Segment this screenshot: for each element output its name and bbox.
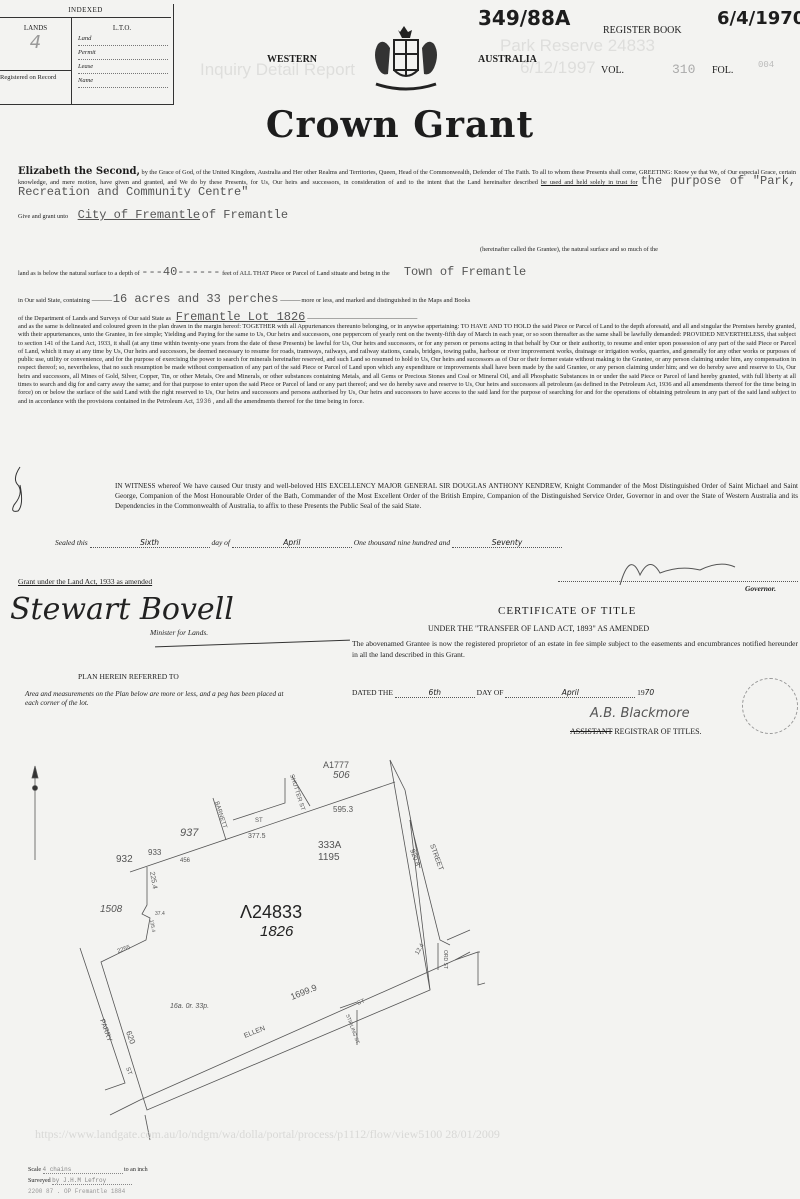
depth-suffix: feet of ALL THAT Piece or Parcel of Land… <box>222 270 390 277</box>
department-line: of the Department of Lands and Surveys o… <box>18 310 417 324</box>
plan-label-barnett-st: ST <box>255 818 263 824</box>
coat-of-arms-icon <box>368 24 444 96</box>
fol-value: 004 <box>758 60 774 70</box>
dated-line: DATED THE 6th DAY OF April 1970 <box>352 688 654 698</box>
registrar-struck: ASSISTANT <box>570 727 612 736</box>
containing-line: in Our said State, containing ----------… <box>18 292 470 306</box>
indexed-box: INDEXED LANDS 4 Registered on Record L.T… <box>0 4 174 105</box>
certificate-title: CERTIFICATE OF TITLE <box>498 605 636 617</box>
minister-signature: Stewart Bovell <box>10 592 234 627</box>
plan-label-ord: ORD ST <box>442 950 448 969</box>
plan-label-595: 595.3 <box>333 805 354 814</box>
minister-underline <box>155 640 350 648</box>
registrar-line: ASSISTANT REGISTRAR OF TITLES. <box>570 727 702 736</box>
grant-body-end: , and all the amendments thereof for the… <box>213 398 364 405</box>
plan-label-1508: 1508 <box>100 904 123 915</box>
lands-initials: 4 <box>0 32 71 53</box>
lto-row-permit: Permit <box>78 46 168 60</box>
plan-label-stirling: STIRLING ST <box>344 1014 360 1045</box>
sealed-month: April <box>232 538 352 548</box>
depth-line: land as is below the natural surface to … <box>18 265 526 279</box>
plan-label-333a: 333A <box>318 840 342 851</box>
plan-label-135: 135.4 <box>148 919 156 933</box>
plan-label-1699: 1699.9 <box>289 982 318 1002</box>
plan-label-a1777: A1777 <box>323 760 349 770</box>
register-book-label: REGISTER BOOK <box>603 25 682 36</box>
sealed-day: Sixth <box>90 538 210 548</box>
surveyed-label: Surveyed <box>28 1178 51 1184</box>
plan-heading: PLAN HEREIN REFERRED TO <box>78 672 179 681</box>
plan-label-barnett: BARNETT <box>213 801 227 830</box>
certificate-text: The abovenamed Grantee is now the regist… <box>352 638 798 660</box>
plan-area: 16a. 0r. 33p. <box>170 1003 209 1010</box>
plan-label-ellen: ELLEN <box>243 1025 266 1040</box>
dated-year-prefix: 19 <box>637 688 645 697</box>
grant-body: and as the same is delineated and colour… <box>18 323 796 406</box>
area: 16 acres and 33 perches <box>113 292 279 306</box>
surveyed-value: by J.H.M Lefroy <box>52 1177 132 1185</box>
plan-label-shutter-st: SHUTTER ST <box>288 774 305 812</box>
lands-column: LANDS 4 Registered on Record <box>0 18 72 104</box>
give-label: Give and grant unto <box>18 213 68 220</box>
area-suffix: more or less, and marked and distinguish… <box>301 297 470 304</box>
year-label: One thousand nine hundred and <box>354 538 450 547</box>
vol-label: VOL. <box>601 65 624 76</box>
grant-act-note: Grant under the Land Act, 1933 as amende… <box>18 577 152 586</box>
reserve-number: Λ24833 <box>240 902 302 922</box>
lot: Fremantle Lot 1826 <box>176 310 306 324</box>
registrar-signature: A.B. Blackmore <box>590 706 690 721</box>
give-grant-line: Give and grant unto City of Fremantle of… <box>18 208 288 222</box>
scale-label: Scale <box>28 1167 41 1173</box>
dated-month: April <box>505 688 635 698</box>
survey-plan: A1777 506 BARNETT ST SHUTTER ST 937 377.… <box>0 740 800 1160</box>
lto-row-name: Name <box>78 74 168 88</box>
trust-phrase: be used and held solely in trust for <box>541 179 638 186</box>
plan-label-12: 12.4 <box>415 942 426 956</box>
indexed-heading: INDEXED <box>0 4 171 18</box>
sealed-line: Sealed this Sixth day of April One thous… <box>55 538 562 548</box>
plan-label-456: 456 <box>180 858 191 864</box>
grant-preamble: Elizabeth the Second, by the Grace of Go… <box>18 168 796 198</box>
lto-label: L.T.O. <box>73 24 171 32</box>
depth-label: land as is below the natural surface to … <box>18 270 140 277</box>
lto-row-lease: Lease <box>78 60 168 74</box>
lands-label: LANDS <box>0 24 71 32</box>
hereinafter-line: (hereinafter called the Grantee), the na… <box>480 246 658 253</box>
day-of-label: day of <box>211 538 230 547</box>
plan-note: Area and measurements on the Plan below … <box>25 690 285 708</box>
source-url: https://www.landgate.com.au/lo/ndgm/wa/d… <box>35 1127 500 1142</box>
scale-value: 4 chains <box>43 1166 123 1174</box>
plan-reference: 2200 87 . OP Fremantle 1884 <box>28 1188 125 1195</box>
plan-label-932: 932 <box>116 854 133 865</box>
surveyed-line: Surveyed by J.H.M Lefroy <box>28 1177 132 1185</box>
plan-label-1195: 1195 <box>318 852 340 863</box>
handwritten-reference: 349/88A <box>478 6 570 30</box>
depth-value: ---40------ <box>141 265 220 279</box>
dated-day: 6th <box>395 688 475 698</box>
plan-label-parry-st: ST <box>124 1067 132 1077</box>
dated-year: 70 <box>645 688 655 697</box>
scale-suffix: to an inch <box>124 1167 148 1173</box>
plan-label-377: 377.5 <box>248 833 266 840</box>
plan-label-920: 920.8 <box>408 848 421 867</box>
sovereign-name: Elizabeth the Second, <box>18 166 140 177</box>
sealed-label: Sealed this <box>55 538 88 547</box>
scale-line: Scale 4 chains to an inch <box>28 1166 148 1174</box>
registrar-label: REGISTRAR OF TITLES. <box>614 727 701 736</box>
grant-body-text: and as the same is delineated and colour… <box>18 323 796 405</box>
state-australia: AUSTRALIA <box>478 54 537 65</box>
plan-label-ellen-st: ST <box>357 998 367 1007</box>
petroleum-year: 1936 <box>196 398 211 405</box>
plan-label-2255: 2255 <box>117 944 132 954</box>
plan-lot-number: 1826 <box>260 923 294 940</box>
registrar-stamp <box>742 678 798 734</box>
lto-row-land: Land <box>78 32 168 46</box>
town: Town of Fremantle <box>404 265 526 279</box>
containing-label: in Our said State, containing <box>18 297 90 304</box>
plan-label-506: 506 <box>333 770 350 781</box>
ghost-reserve: Park Reserve 24833 <box>500 36 655 56</box>
grantee: City of Fremantle <box>78 208 200 222</box>
witness-lead: IN WITNESS <box>115 482 155 490</box>
dated-label: DATED THE <box>352 688 393 697</box>
minister-label: Minister for Lands. <box>150 628 208 637</box>
plan-label-933: 933 <box>148 848 162 857</box>
plan-label-225: 225.4 <box>148 871 158 890</box>
grant-purpose: the purpose of "Park, Recreation and Com… <box>18 174 796 198</box>
sealed-year: Seventy <box>452 538 562 548</box>
plan-label-parry: PARRY <box>98 1018 113 1043</box>
plan-label-37: 37.4 <box>155 911 165 917</box>
state-western: WESTERN <box>267 54 317 65</box>
governor-signature-line <box>558 581 798 582</box>
fol-label: FOL. <box>712 65 733 76</box>
registered-label: Registered on Record <box>0 70 71 81</box>
governor-signature-icon <box>610 545 740 590</box>
witness-clause: IN WITNESS whereof We have caused Our tr… <box>115 481 798 511</box>
vol-value: 310 <box>672 62 695 77</box>
handwritten-date: 6/4/1970 <box>717 8 800 29</box>
certificate-subtitle: UNDER THE "TRANSFER OF LAND ACT, 1893" A… <box>428 624 649 633</box>
document-title: Crown Grant <box>0 104 800 146</box>
margin-initials-icon <box>8 465 28 515</box>
grantee-suffix: of Fremantle <box>202 208 288 222</box>
plan-label-street: STREET <box>428 843 444 872</box>
dept-label: of the Department of Lands and Surveys o… <box>18 315 171 322</box>
dated-day-of: DAY OF <box>477 688 504 697</box>
witness-text: whereof We have caused Our trusty and we… <box>115 482 798 510</box>
governor-label: Governor. <box>745 584 776 593</box>
plan-label-937: 937 <box>180 827 199 839</box>
lto-column: L.T.O. Land Permit Lease Name <box>73 18 171 88</box>
